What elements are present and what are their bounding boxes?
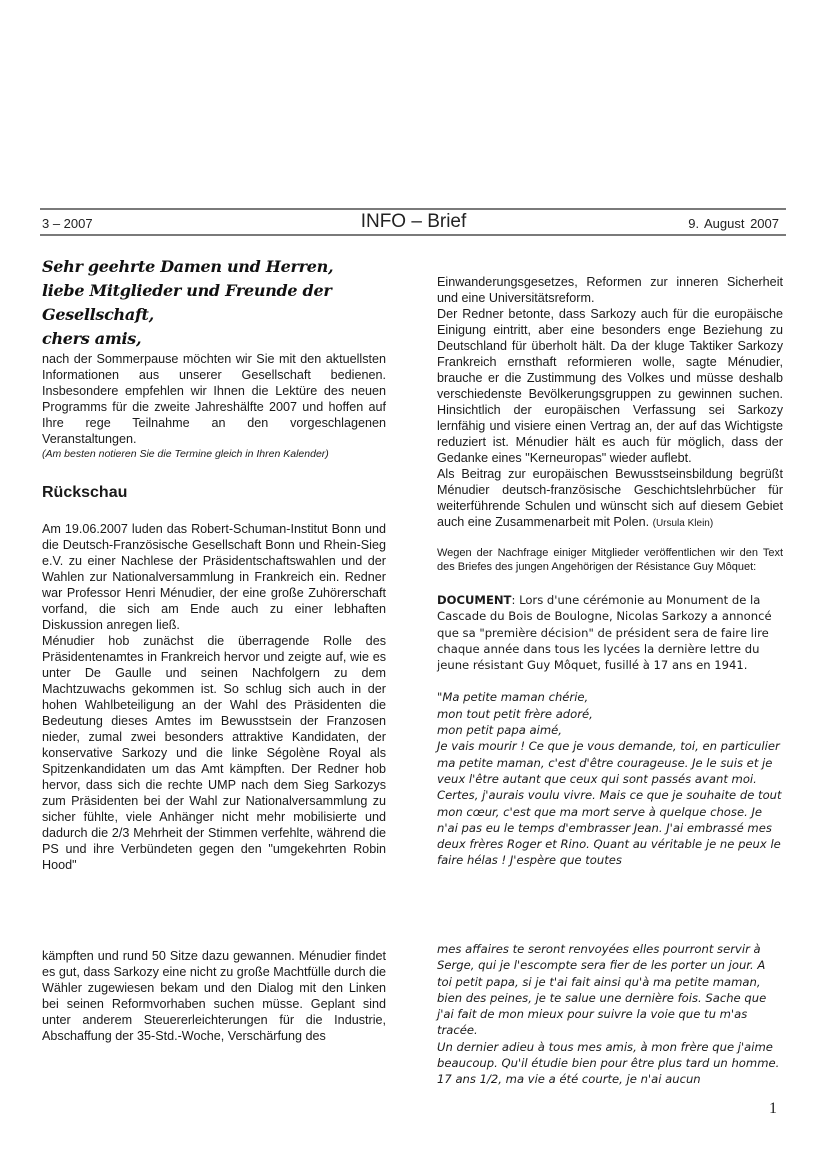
rueckschau-paragraph-6: Als Beitrag zur europäischen Bewusstsein…: [437, 466, 783, 532]
rueckschau-paragraph-4: Einwanderungsgesetzes, Reformen zur inne…: [437, 274, 783, 306]
rueckschau-paragraph-3: kämpften und rund 50 Sitze dazu gewannen…: [42, 948, 386, 1044]
moquet-intro: Wegen der Nachfrage einiger Mitglieder v…: [437, 546, 783, 574]
letter-opening: "Ma petite maman chérie, mon tout petit …: [437, 689, 783, 868]
paragraph-text: Als Beitrag zur europäischen Bewusstsein…: [437, 467, 783, 529]
letter-line: mon petit papa aimé,: [437, 722, 783, 738]
rueckschau-paragraph-1: Am 19.06.2007 luden das Robert-Schuman-I…: [42, 521, 386, 633]
salutation: Sehr geehrte Damen und Herren, liebe Mit…: [42, 255, 386, 351]
salutation-line: chers amis,: [42, 327, 386, 351]
letter-continuation-2: Un dernier adieu à tous mes amis, à mon …: [437, 1039, 783, 1088]
right-column-upper: Einwanderungsgesetzes, Reformen zur inne…: [437, 274, 783, 869]
rueckschau-paragraph-5: Der Redner betonte, dass Sarkozy auch fü…: [437, 306, 783, 466]
letter-body: Je vais mourir ! Ce que je vous demande,…: [437, 738, 783, 868]
page-number: 1: [769, 1100, 777, 1118]
document-paragraph: DOCUMENT: Lors d'une cérémonie au Monume…: [437, 592, 783, 673]
letter-line: mon tout petit frère adoré,: [437, 706, 783, 722]
left-column-upper: Sehr geehrte Damen und Herren, liebe Mit…: [42, 255, 386, 873]
intro-paragraph: nach der Sommerpause möchten wir Sie mit…: [42, 351, 386, 447]
salutation-line: liebe Mitglieder und Freunde der: [42, 279, 386, 303]
letter-line: "Ma petite maman chérie,: [437, 689, 783, 705]
author-credit: (Ursula Klein): [653, 518, 714, 529]
letter-continuation: mes affaires te seront renvoyées elles p…: [437, 941, 783, 1039]
document-label: DOCUMENT: [437, 593, 511, 607]
calendar-note: (Am besten notieren Sie die Termine glei…: [42, 447, 386, 461]
header-bottom-rule: [40, 234, 786, 236]
salutation-line: Gesellschaft,: [42, 303, 386, 327]
right-column-lower: mes affaires te seront renvoyées elles p…: [437, 941, 783, 1088]
left-column-lower: kämpften und rund 50 Sitze dazu gewannen…: [42, 948, 386, 1044]
rueckschau-paragraph-2: Ménudier hob zunächst die überragende Ro…: [42, 633, 386, 873]
issue-date: 9. August 2007: [688, 216, 779, 231]
header-top-rule: [40, 208, 786, 210]
salutation-line: Sehr geehrte Damen und Herren,: [42, 255, 386, 279]
section-heading-rueckschau: Rückschau: [42, 485, 386, 501]
